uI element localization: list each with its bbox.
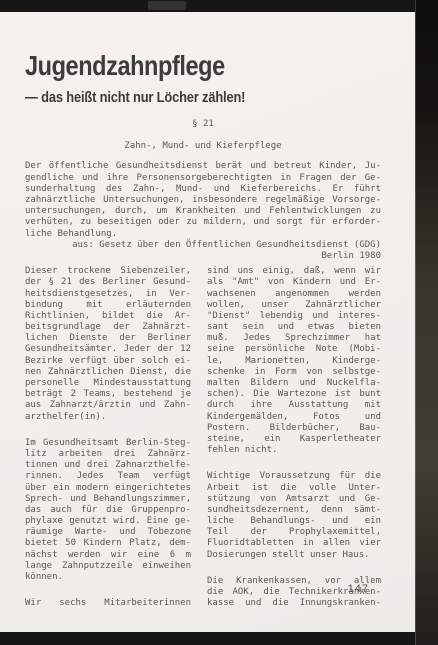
text-line: Fluoridtabletten in allen vier: [207, 538, 381, 549]
intro-paragraph: Der öffentliche Gesundheitsdienst berät …: [25, 161, 381, 239]
text-line: Der öffentliche Gesundheitsdienst berät …: [25, 161, 381, 172]
paragraph: Wichtige Voraussetzung für dieArbeit ist…: [207, 471, 381, 561]
text-line: nächst werden wir eine 6 m: [25, 550, 191, 561]
text-line: "Dienst" lebendig und interes-: [207, 311, 381, 322]
two-column-body: Dieser trockene Siebenzeiler,der § 21 de…: [25, 266, 381, 609]
text-line: steine, ein Kasperletheater: [207, 434, 381, 445]
section-ref: § 21: [25, 119, 381, 130]
text-line: nen Zahnärztlichen Dienst, die: [25, 367, 191, 378]
text-line: wachsenen angenommen werden: [207, 289, 381, 300]
text-line: Kindergemälden, Fotos und: [207, 412, 381, 423]
text-line: schenke in Form von selbstge-: [207, 367, 381, 378]
paragraph: Wir sechs Mitarbeiterinnen: [25, 598, 191, 609]
text-line: malten Bildern und Nuckelfla-: [207, 378, 381, 389]
text-line: heitsdienstgesetzes, in Ver-: [25, 289, 191, 300]
page-content: Jugendzahnpflege — das heißt nicht nur L…: [25, 52, 381, 609]
text-line: Postern. Bilderbücher, Bau-: [207, 423, 381, 434]
text-line: schen). Die Wartezone ist bunt: [207, 389, 381, 400]
text-line: tinnen und drei Zahnarzthelfe-: [25, 460, 191, 471]
text-line: sant sein und etwas bieten: [207, 322, 381, 333]
text-line: rinnen. Jedes Team verfügt: [25, 471, 191, 482]
text-line: le, Marionetten, Kinderge-: [207, 356, 381, 367]
page-subtitle: — das heißt nicht nur Löcher zählen!: [25, 89, 331, 106]
scanned-page-photo: Jugendzahnpflege — das heißt nicht nur L…: [0, 0, 438, 645]
text-line: bindung mit erläuternden: [25, 300, 191, 311]
paragraph: sind uns einig, daß, wenn wirals "Amt" v…: [207, 266, 381, 456]
text-line: gendliche und ihre Personensorgeberechti…: [25, 173, 381, 184]
text-line: räumige Warte- und Tobezone: [25, 527, 191, 538]
text-line: sundheitsdezernent, denn sämt-: [207, 505, 381, 516]
text-line: beitsgrundlage der Zahnärzt-: [25, 322, 191, 333]
intro-source-line: aus: Gesetz über den Öffentlichen Gesund…: [25, 240, 381, 251]
text-line: können.: [25, 572, 191, 583]
text-line: beträgt 2 Teams, bestehend je: [25, 389, 191, 400]
text-line: sind uns einig, daß, wenn wir: [207, 266, 381, 277]
page-title: Jugendzahnpflege: [25, 52, 324, 80]
text-line: Teil der Prophylaxemittel,: [207, 527, 381, 538]
text-line: kasse und die Innungskranken-: [207, 598, 381, 609]
text-line: Gesundheitsämter. Jeder der 12: [25, 344, 191, 355]
text-line: Arbeit ist die volle Unter-: [207, 483, 381, 494]
text-line: lichen Dienste der Berliner: [25, 333, 191, 344]
text-line: als "Amt" von Kindern und Er-: [207, 277, 381, 288]
text-line: Sprech- und Behandlungszimmer,: [25, 494, 191, 505]
text-line: sunderhaltung des Zahn-, Mund- und Kiefe…: [25, 184, 381, 195]
text-line: Richtlinien, bildet die Ar-: [25, 311, 191, 322]
text-line: Dosierungen stellt unser Haus.: [207, 550, 381, 561]
text-line: aus Zahnarzt/ärztin und Zahn-: [25, 400, 191, 411]
text-line: Wichtige Voraussetzung für die: [207, 471, 381, 482]
text-line: stützung von Amtsarzt und Ge-: [207, 494, 381, 505]
text-line: lange Zahnputzzeile einweihen: [25, 561, 191, 572]
text-line: zahnärztliche Untersuchungen, insbesonde…: [25, 195, 381, 206]
section-heading: Zahn-, Mund- und Kieferpflege: [25, 141, 381, 152]
text-line: wollen, unser Zahnärztlicher: [207, 300, 381, 311]
text-line: Dieser trockene Siebenzeiler,: [25, 266, 191, 277]
text-line: arzthelfer(in).: [25, 412, 191, 423]
text-line: durch ihre Ausstattung mit: [207, 400, 381, 411]
text-line: muß. Jedes Sprechzimmer hat: [207, 333, 381, 344]
text-line: fehlen nicht.: [207, 445, 381, 456]
text-line: der § 21 des Berliner Gesund-: [25, 277, 191, 288]
book-spine-edge-shadow: [415, 0, 438, 645]
text-line: bietet 50 Kindern Platz, dem-: [25, 538, 191, 549]
scan-glare-artifact: [148, 1, 186, 10]
text-line: über ein modern eingerichtetes: [25, 483, 191, 494]
text-line: liche Behandlung.: [25, 229, 381, 240]
text-line: Im Gesundheitsamt Berlin-Steg-: [25, 438, 191, 449]
text-line: untersuchungen, durch, um Krankheiten un…: [25, 206, 381, 217]
text-line: Bezirke verfügt über solch ei-: [25, 356, 191, 367]
text-line: seine persönliche Note (Mobi-: [207, 344, 381, 355]
text-line: phylaxe genutzt wird. Eine ge-: [25, 516, 191, 527]
text-line: Wir sechs Mitarbeiterinnen: [25, 598, 191, 609]
book-page: Jugendzahnpflege — das heißt nicht nur L…: [0, 12, 415, 632]
text-line: personelle Mindestausstattung: [25, 378, 191, 389]
text-line: litz arbeiten drei Zahnärz-: [25, 449, 191, 460]
page-number: 147: [348, 583, 369, 595]
paragraph: Im Gesundheitsamt Berlin-Steg-litz arbei…: [25, 438, 191, 583]
paragraph: Dieser trockene Siebenzeiler,der § 21 de…: [25, 266, 191, 423]
left-column: Dieser trockene Siebenzeiler,der § 21 de…: [25, 266, 191, 609]
text-line: liche Behandlungs- und ein: [207, 516, 381, 527]
text-line: verhüten, zu beseitigen oder zu mildern,…: [25, 217, 381, 228]
right-column: sind uns einig, daß, wenn wirals "Amt" v…: [207, 266, 381, 609]
intro-source-place-year: Berlin 1980: [25, 251, 381, 262]
text-line: das auch für die Gruppenpro-: [25, 505, 191, 516]
